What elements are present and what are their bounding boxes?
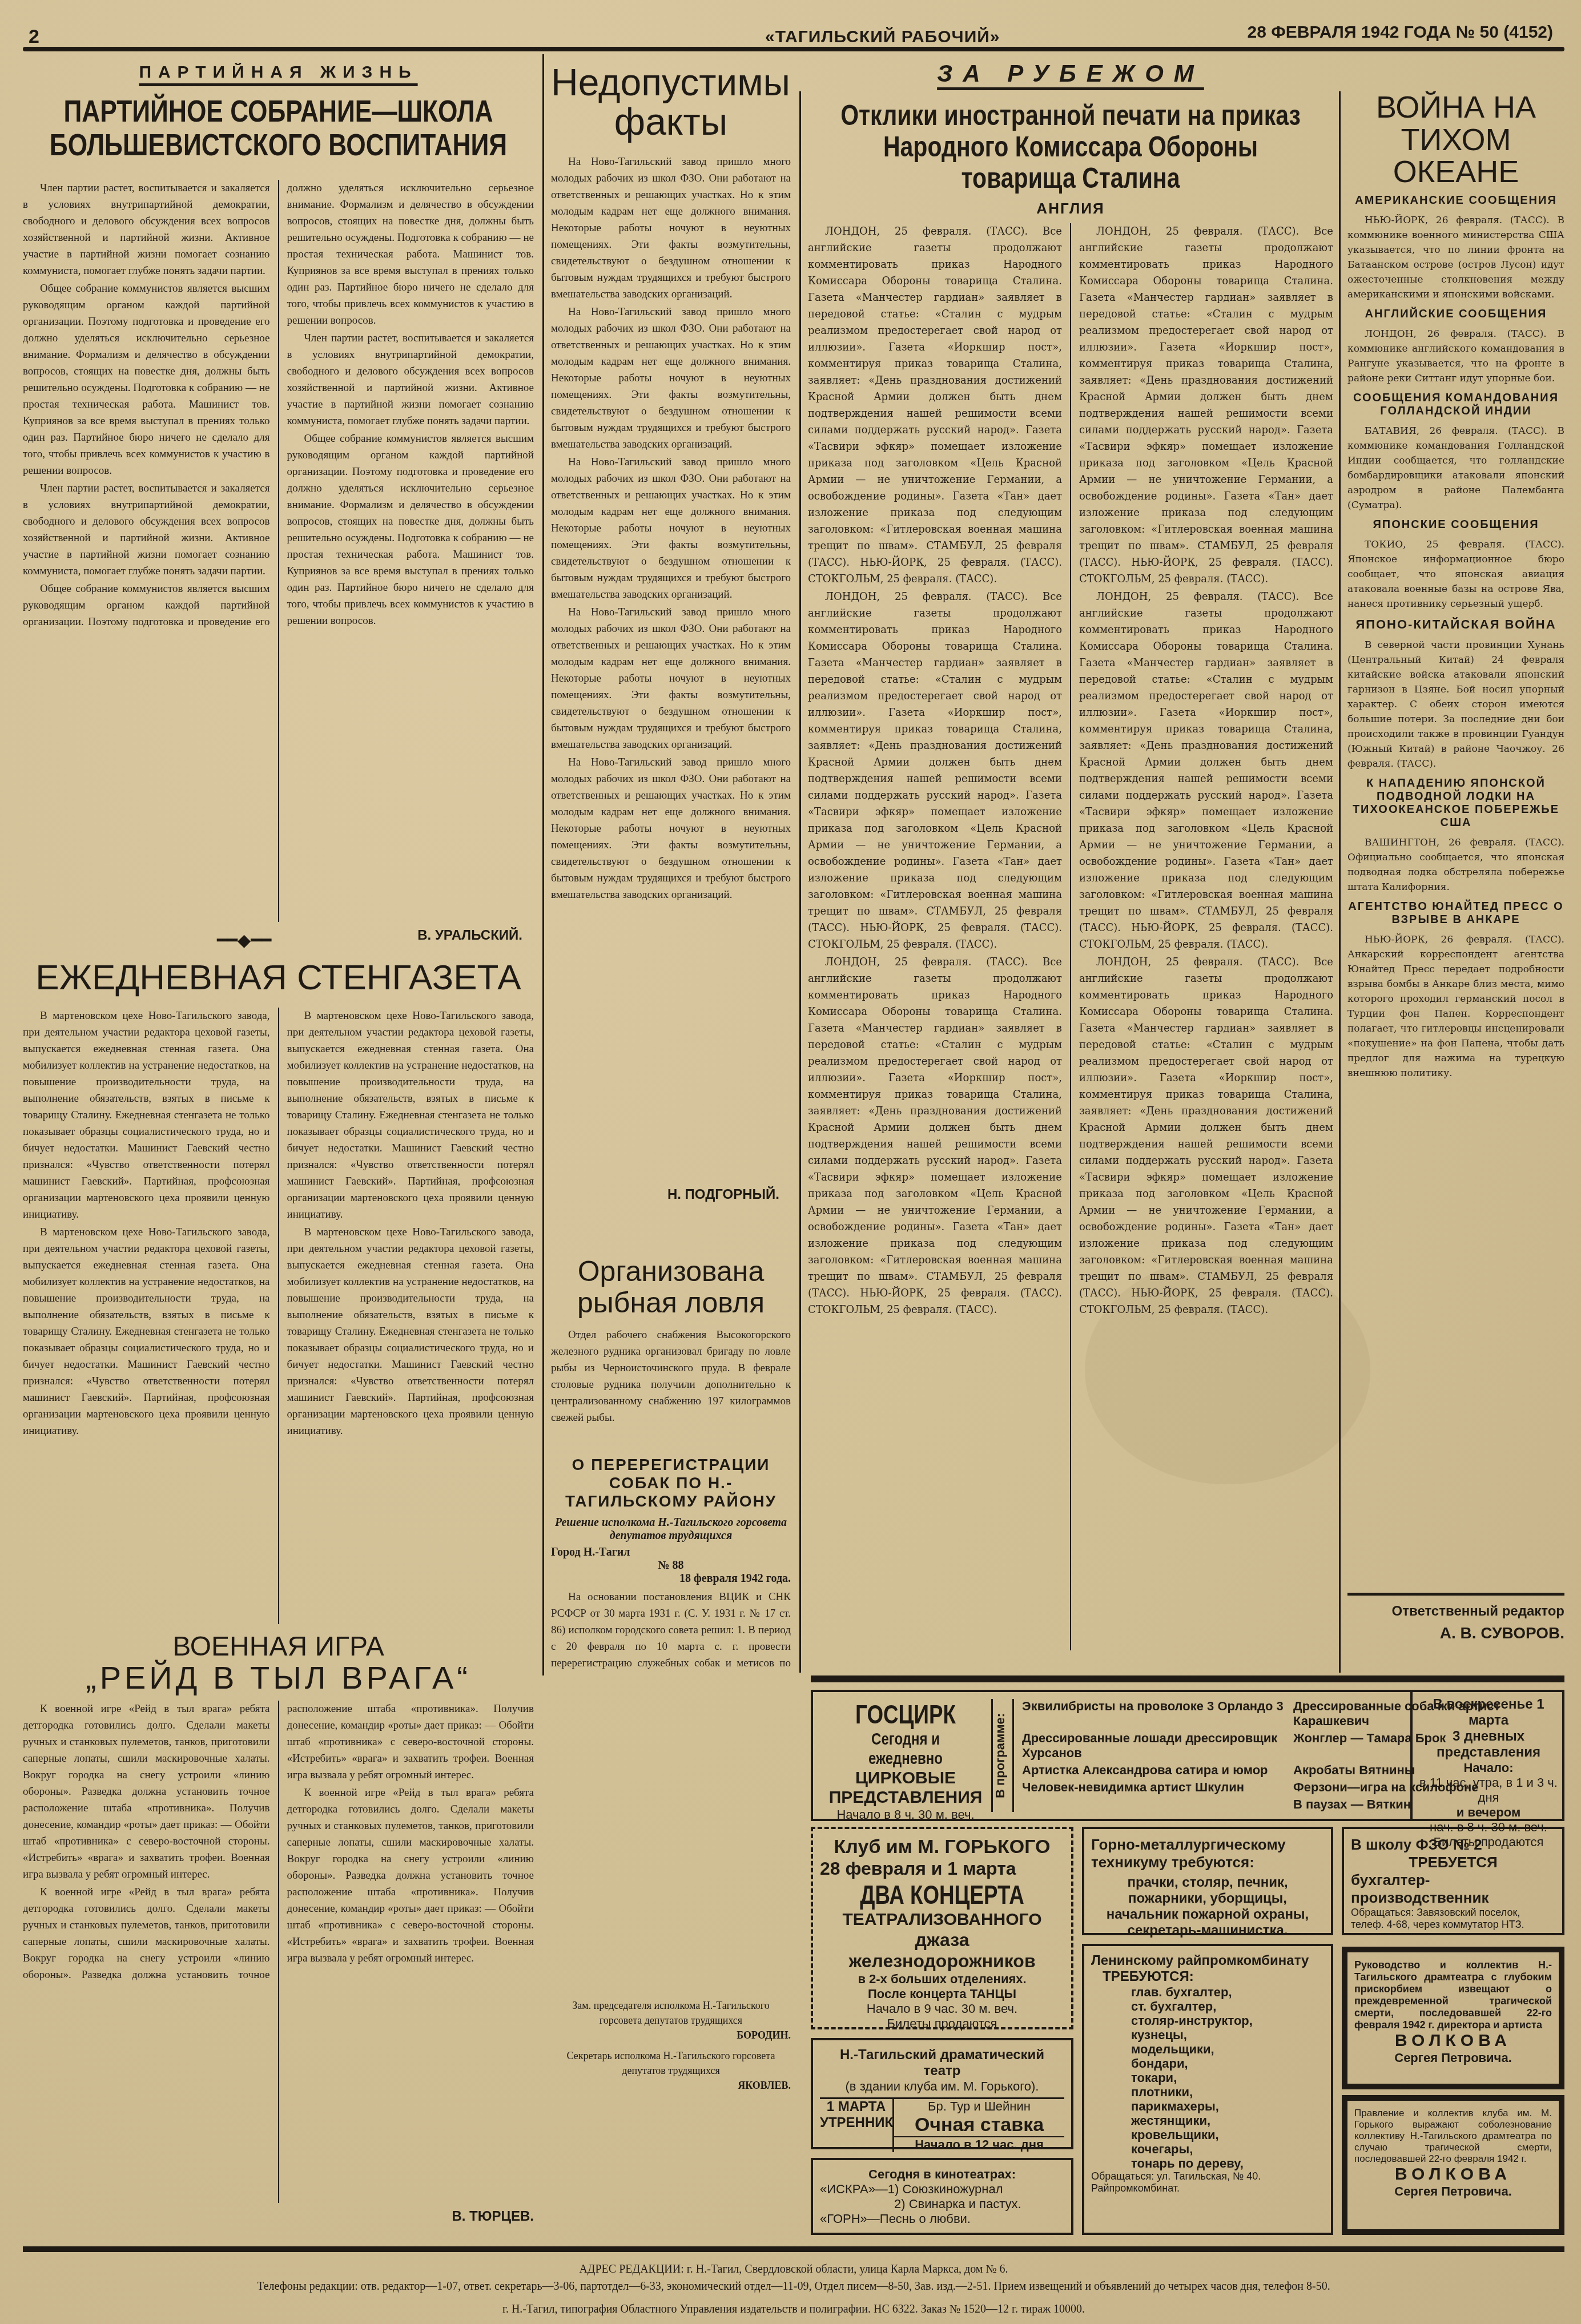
column-divider [542,54,544,1675]
ad-cinemas: Сегодня в кинотеатрах: «ИСКРА»—1) Союзки… [811,2158,1073,2235]
headline-war-game: ВОЕННАЯ ИГРА [23,1633,534,1661]
article-pacific-war: ВОЙНА НА ТИХОМ ОКЕАНЕ АМЕРИКАНСКИЕ СООБЩ… [1347,91,1564,1673]
editor-block: Ответственный редактор А. В. СУВОРОВ. [1347,1593,1564,1667]
editor-label: Ответственный редактор [1347,1604,1564,1620]
footer-printer: г. Н.-Тагил, типография Областного Управ… [23,2301,1564,2318]
subhead: Решение исполкома Н.-Тагильского горсове… [551,1516,791,1542]
masthead-rule [23,47,1564,51]
issue-date: 28 ФЕВРАЛЯ 1942 ГОДА № 50 (4152) [1247,23,1553,42]
ad-lenin-kombinat: Ленинскому райпромкомбинату ТРЕБУЮТСЯ: г… [1082,1944,1333,2235]
article-party-life: ПАРТИЙНАЯ ЖИЗНЬ ПАРТИЙНОЕ СОБРАНИЕ—ШКОЛА… [23,63,534,953]
headline-raid: „РЕЙД В ТЫЛ ВРАГА“ [23,1661,534,1695]
paper-name: «ТАГИЛЬСКИЙ РАБОЧИЙ» [765,27,1000,47]
masthead: 2 «ТАГИЛЬСКИЙ РАБОЧИЙ» 28 ФЕВРАЛЯ 1942 Г… [23,23,1564,49]
decision-date: 18 февраля 1942 года. [551,1572,791,1585]
author-signature: В. ТЮРЦЕВ. [23,2209,534,2225]
author-signature: В. УРАЛЬСКИЙ. [23,928,522,944]
newspaper-page: 2 «ТАГИЛЬСКИЙ РАБОЧИЙ» 28 ФЕВРАЛЯ 1942 Г… [0,0,1581,2324]
page-number: 2 [29,26,39,48]
city: Город Н.-Тагил [551,1546,791,1559]
article-body: К военной игре «Рейд в тыл врага» ребята… [23,1701,534,2203]
headline-pacific-war: ВОЙНА НА ТИХОМ ОКЕАНЕ [1347,91,1564,188]
article-body: В мартеновском цехе Ново-Тагильского зав… [23,1008,534,1624]
article-body: На основании постановления ВЦИК и СНК РС… [551,1589,791,1673]
author-signature: Н. ПОДГОРНЫЙ. [551,1187,779,1203]
ads-top-rule [811,1675,1564,1682]
article-fishing: Организована рыбная ловля Отдел рабочего… [551,1256,791,1444]
ad-drama-theatre: Н.-Тагильский драматический театр (в зда… [811,2038,1073,2149]
editor-name: А. В. СУВОРОВ. [1347,1624,1564,1642]
footer-phones: Телефоны редакции: отв. редактор—1-07, о… [23,2278,1564,2295]
headline-fishing: Организована рыбная ловля [551,1256,791,1319]
ad-fzo-school: В школу ФЗО № 2 ТРЕБУЕТСЯ бухгалтер-прои… [1342,1827,1564,1935]
ad-gorky-club: Клуб им М. ГОРЬКОГО 28 февраля и 1 марта… [811,1827,1073,2029]
headline-party-meeting: ПАРТИЙНОЕ СОБРАНИЕ—ШКОЛА БОЛЬШЕВИСТСКОГО… [41,95,516,163]
footer: АДРЕС РЕДАКЦИИ: г. Н.-Тагил, Свердловско… [23,2261,1564,2318]
headline-unacceptable-facts: Недопустимые факты [551,63,791,142]
article-body: На Ново-Тагильский завод пришло много мо… [551,154,791,1181]
column-divider [1339,91,1341,1673]
article-unacceptable-facts: Недопустимые факты На Ново-Тагильский за… [551,63,791,1250]
column-divider [799,91,801,1673]
footer-rule [23,2246,1564,2252]
article-body: Член партии растет, воспитывается и зака… [23,180,534,922]
rubric-party-life: ПАРТИЙНАЯ ЖИЗНЬ [23,63,534,82]
article-wall-newspaper: ЕЖЕДНЕВНАЯ СТЕНГАЗЕТА В мартеновском цех… [23,959,534,1633]
rubric-abroad: ЗА РУБЕЖОМ [808,60,1333,87]
footer-address: АДРЕС РЕДАКЦИИ: г. Н.-Тагил, Свердловско… [23,2261,1564,2278]
article-dogs-registration: О ПЕРЕРЕГИСТРАЦИИ СОБАК ПО Н.-ТАГИЛЬСКОМ… [551,1450,791,1673]
section-ornament: ━━◆━━ [217,931,271,950]
ad-technikum: Горно-металлургическому техникуму требую… [1082,1827,1333,1935]
headline-foreign-press: Отклики иностранной печати на приказ Нар… [827,100,1314,194]
subsection-england: АНГЛИЯ [808,200,1333,218]
ad-obituary-2: Правление и коллектив клуба им. М. Горьк… [1342,2095,1564,2235]
headline-dogs: О ПЕРЕРЕГИСТРАЦИИ СОБАК ПО Н.-ТАГИЛЬСКОМ… [551,1456,791,1511]
headline-wall-newspaper: ЕЖЕДНЕВНАЯ СТЕНГАЗЕТА [23,959,534,996]
ad-obituary: Руководство и коллектив Н.-Тагильского д… [1342,1947,1564,2089]
article-body: Отдел рабочего снабжения Высокогорского … [551,1327,791,1426]
decision-number: № 88 [551,1559,791,1572]
dogs-signatures: Зам. председателя исполкома Н.-Тагильско… [551,1998,791,2238]
article-body: ЛОНДОН, 25 февраля. (ТАСС). Все английск… [808,223,1333,1650]
ad-sunday-shows: В воскресенье 1 марта 3 дневных представ… [1410,1690,1564,1821]
article-abroad: ЗА РУБЕЖОМ Отклики иностранной печати на… [808,60,1333,1675]
